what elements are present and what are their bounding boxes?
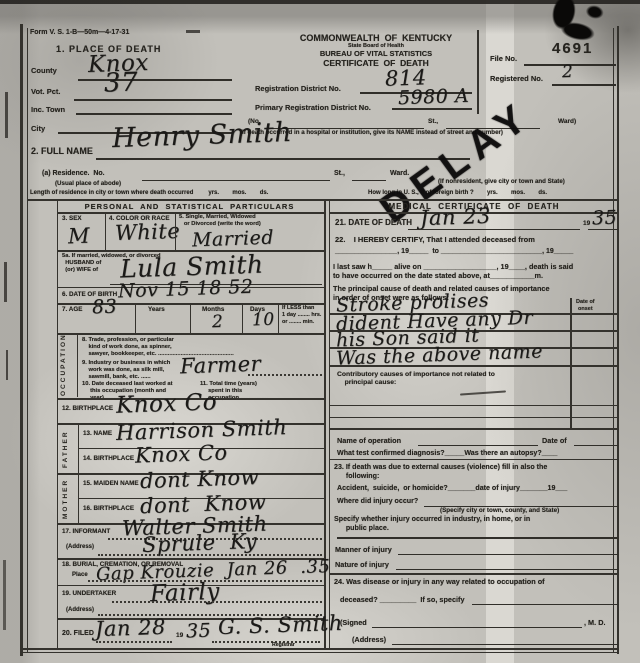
- age-label: 7. AGE: [62, 306, 82, 314]
- certificate-title: CERTIFICATE OF DEATH: [258, 58, 494, 69]
- length-residence-left: Length of residence in city or town wher…: [30, 190, 268, 198]
- margin-smudge: [4, 262, 7, 302]
- md-label: , M. D.: [584, 618, 606, 627]
- occupation-dots: [248, 374, 322, 376]
- age-less-label: If LESS than 1 day ........ hrs. or ....…: [282, 305, 321, 326]
- primary-district-line: [392, 108, 472, 110]
- sex-value: M: [68, 226, 91, 248]
- abode-note: (Usual place of abode): [55, 180, 121, 188]
- contributory-rule-1: [330, 405, 618, 406]
- filed-year: 35: [186, 622, 212, 642]
- nature-label: Nature of injury: [335, 560, 389, 569]
- dod-year-print: 19: [583, 220, 590, 228]
- section24-rule: [330, 573, 618, 575]
- filed-year-print: 19: [176, 632, 183, 640]
- occupation-side-label: OCCUPATION: [60, 336, 67, 396]
- test-rule: [330, 459, 618, 460]
- informant-address-dots: [98, 554, 322, 556]
- nature-line: [396, 569, 618, 570]
- residence-st-label: St.,: [334, 170, 345, 179]
- margin-smudge: [5, 92, 8, 138]
- age-months-value: 2: [212, 314, 224, 331]
- margin-smudge: [3, 560, 6, 630]
- md-address-label: (Address): [352, 635, 386, 644]
- full-name-line: [96, 158, 470, 160]
- related-occupation-text: 24. Was disease or injury in any way rel…: [334, 577, 545, 586]
- frame-bottom2: [20, 652, 619, 653]
- column-divider2: [329, 199, 330, 648]
- personal-title: PERSONAL AND STATISTICAL PARTICULARS: [57, 202, 322, 211]
- form-code: Form V. S. 1-B—50m—4-17-31: [30, 29, 129, 38]
- certify-text: 22. I HEREBY CERTIFY, That I attended de…: [335, 235, 535, 244]
- manner-label: Manner of injury: [335, 545, 392, 554]
- primary-district-label: Primary Registration District No.: [255, 103, 371, 112]
- operation-date-line: [574, 445, 618, 446]
- marital-label: 5. Single, Married, Widowed or Divorced …: [179, 214, 261, 228]
- death-certificate-scan: Form V. S. 1-B—50m—4-17-31 1. PLACE OF D…: [0, 0, 640, 663]
- residence-line: [142, 180, 330, 181]
- md-address-line: [392, 644, 618, 645]
- filed-dots1: [96, 641, 172, 643]
- signed-label: (Signed: [340, 618, 367, 627]
- inc-town-label: Inc. Town: [31, 105, 65, 114]
- precinct-line: [74, 99, 232, 101]
- registered-no-line: [552, 84, 616, 86]
- birthplace-value: Knox Co: [116, 391, 218, 418]
- registrar-signature: G. S. Smith: [218, 613, 344, 638]
- frame-right-outer: [617, 26, 619, 654]
- age-value: 83: [92, 298, 118, 318]
- specify-injury-text: Specify whether injury occurred in indus…: [334, 515, 530, 533]
- operation-label: Name of operation: [337, 436, 401, 445]
- manner-line: [398, 554, 618, 555]
- precinct-label: Vot. Pct.: [31, 87, 60, 96]
- precinct-value: 37: [104, 69, 139, 96]
- primary-district-value: 5980 A: [398, 87, 470, 108]
- residence-label: (a) Residence. No.: [42, 170, 105, 179]
- last-saw-text: I last saw h_____ alive on _____________…: [333, 262, 621, 280]
- age-years-label: Years: [148, 306, 165, 314]
- contributory-label: Contributory causes of importance not re…: [337, 371, 495, 388]
- sex-label: 3. SEX: [62, 215, 82, 223]
- date-of-death-value: Jan 23: [420, 206, 492, 229]
- informant-address: Sprule Ky: [142, 531, 258, 556]
- city-ward-label: Ward): [558, 118, 576, 126]
- certify-blanks: ________________, 19_____ to ___________…: [335, 248, 573, 257]
- contributory-rule-2: [330, 417, 618, 418]
- contributory-scribble: [460, 390, 506, 395]
- bureau-subtitle: BUREAU OF VITAL STATISTICS: [258, 49, 494, 58]
- operation-line: [418, 445, 538, 446]
- filed-dots2: [212, 641, 320, 643]
- county-label: County: [31, 66, 57, 75]
- dod-year-value: 35: [592, 209, 618, 229]
- mother-name-label: 15. MAIDEN NAME: [83, 480, 139, 488]
- date-of-death-line: [408, 229, 580, 230]
- frame-bottom: [20, 648, 619, 650]
- county-line: [78, 79, 232, 81]
- father-name-label: 13. NAME: [83, 430, 112, 438]
- city-label: City: [31, 124, 45, 133]
- full-name-value: Henry Smith: [112, 119, 293, 152]
- father-birthplace-value: Knox Co: [135, 442, 228, 466]
- informant-label: 17. INFORMANT: [62, 528, 110, 536]
- dob-value: Nov 15 18 52: [118, 278, 254, 302]
- header-divider: [477, 30, 479, 114]
- frame-right-inner: [613, 28, 614, 652]
- filed-date: Jan 28: [95, 617, 167, 640]
- city-st-label: St.,: [428, 118, 438, 126]
- related-occupation-text2: deceased? _________ If so, specify: [340, 595, 465, 604]
- file-no-value: 4691: [552, 40, 593, 59]
- dash-mark: [186, 30, 200, 33]
- date-of-death-label: 21. DATE OF DEATH: [335, 218, 412, 228]
- operation-date-label: Date of: [542, 436, 567, 445]
- accident-text: Accident, suicide, or homicide?_______da…: [337, 484, 567, 493]
- frame-left-inner: [27, 28, 28, 652]
- age-divider2: [190, 303, 191, 333]
- residence-st-line: [352, 180, 386, 181]
- cause-rule-4: [330, 365, 618, 367]
- registered-no-value: 2: [562, 64, 574, 81]
- external-causes-text: 23. If death was due to external causes …: [334, 463, 547, 481]
- age-divider4: [278, 303, 279, 333]
- file-no-label: File No.: [490, 54, 517, 63]
- color-marital-divider: [175, 213, 176, 250]
- margin-smudge: [6, 350, 8, 380]
- mother-side-label: MOTHER: [62, 475, 69, 523]
- inc-town-line: [76, 113, 232, 115]
- specify-line: [472, 604, 618, 605]
- column-divider: [324, 199, 326, 648]
- filed-label: 20. FILED: [62, 630, 94, 639]
- mother-name-value: dont Know: [140, 467, 260, 492]
- color-value: White: [115, 221, 181, 244]
- sex-color-divider: [105, 213, 106, 250]
- blank-line: [337, 537, 618, 539]
- burial-place-label: Place: [72, 572, 88, 580]
- dod-year-line: [588, 229, 618, 230]
- undertaker-address-label: (Address): [66, 607, 94, 615]
- informant-address-label: (Address): [66, 544, 94, 552]
- where-injury-note: (Specify city or town, county, and State…: [440, 507, 559, 515]
- occupation-strip-divider: [77, 335, 78, 397]
- marital-value: Married: [192, 229, 275, 251]
- registrar-label: Registrar: [272, 642, 295, 649]
- age-divider1: [135, 303, 136, 333]
- header-bottom-rule: [27, 199, 619, 201]
- row-rule-occupation: [57, 333, 324, 335]
- undertaker-label: 19. UNDERTAKER: [62, 590, 116, 598]
- contributory-rule-3: [330, 428, 618, 430]
- test-autopsy-text: What test confirmed diagnosis?_____Was t…: [337, 449, 558, 458]
- father-name-value: Harrison Smith: [116, 417, 288, 444]
- mother-birthplace-label: 16. BIRTHPLACE: [83, 505, 134, 513]
- occupation-line9: 9. Industry or business in which work wa…: [82, 360, 170, 382]
- where-injury-label: Where did injury occur?: [337, 497, 418, 506]
- father-side-label: FATHER: [62, 425, 69, 473]
- registered-no-label: Registered No.: [490, 74, 543, 83]
- registration-district-label: Registration District No.: [255, 84, 341, 93]
- signed-line: [372, 627, 582, 628]
- father-birthplace-label: 14. BIRTHPLACE: [83, 455, 134, 463]
- age-divider3: [242, 303, 243, 333]
- age-days-value: 10: [252, 312, 275, 330]
- onset-column-header: Date of onset: [576, 299, 595, 313]
- frame-left-outer: [20, 24, 23, 656]
- full-name-label: 2. FULL NAME: [31, 146, 93, 157]
- undertaker-dots: [112, 601, 322, 603]
- birthplace-label: 12. BIRTHPLACE: [62, 405, 113, 413]
- onset-column-divider: [570, 298, 572, 430]
